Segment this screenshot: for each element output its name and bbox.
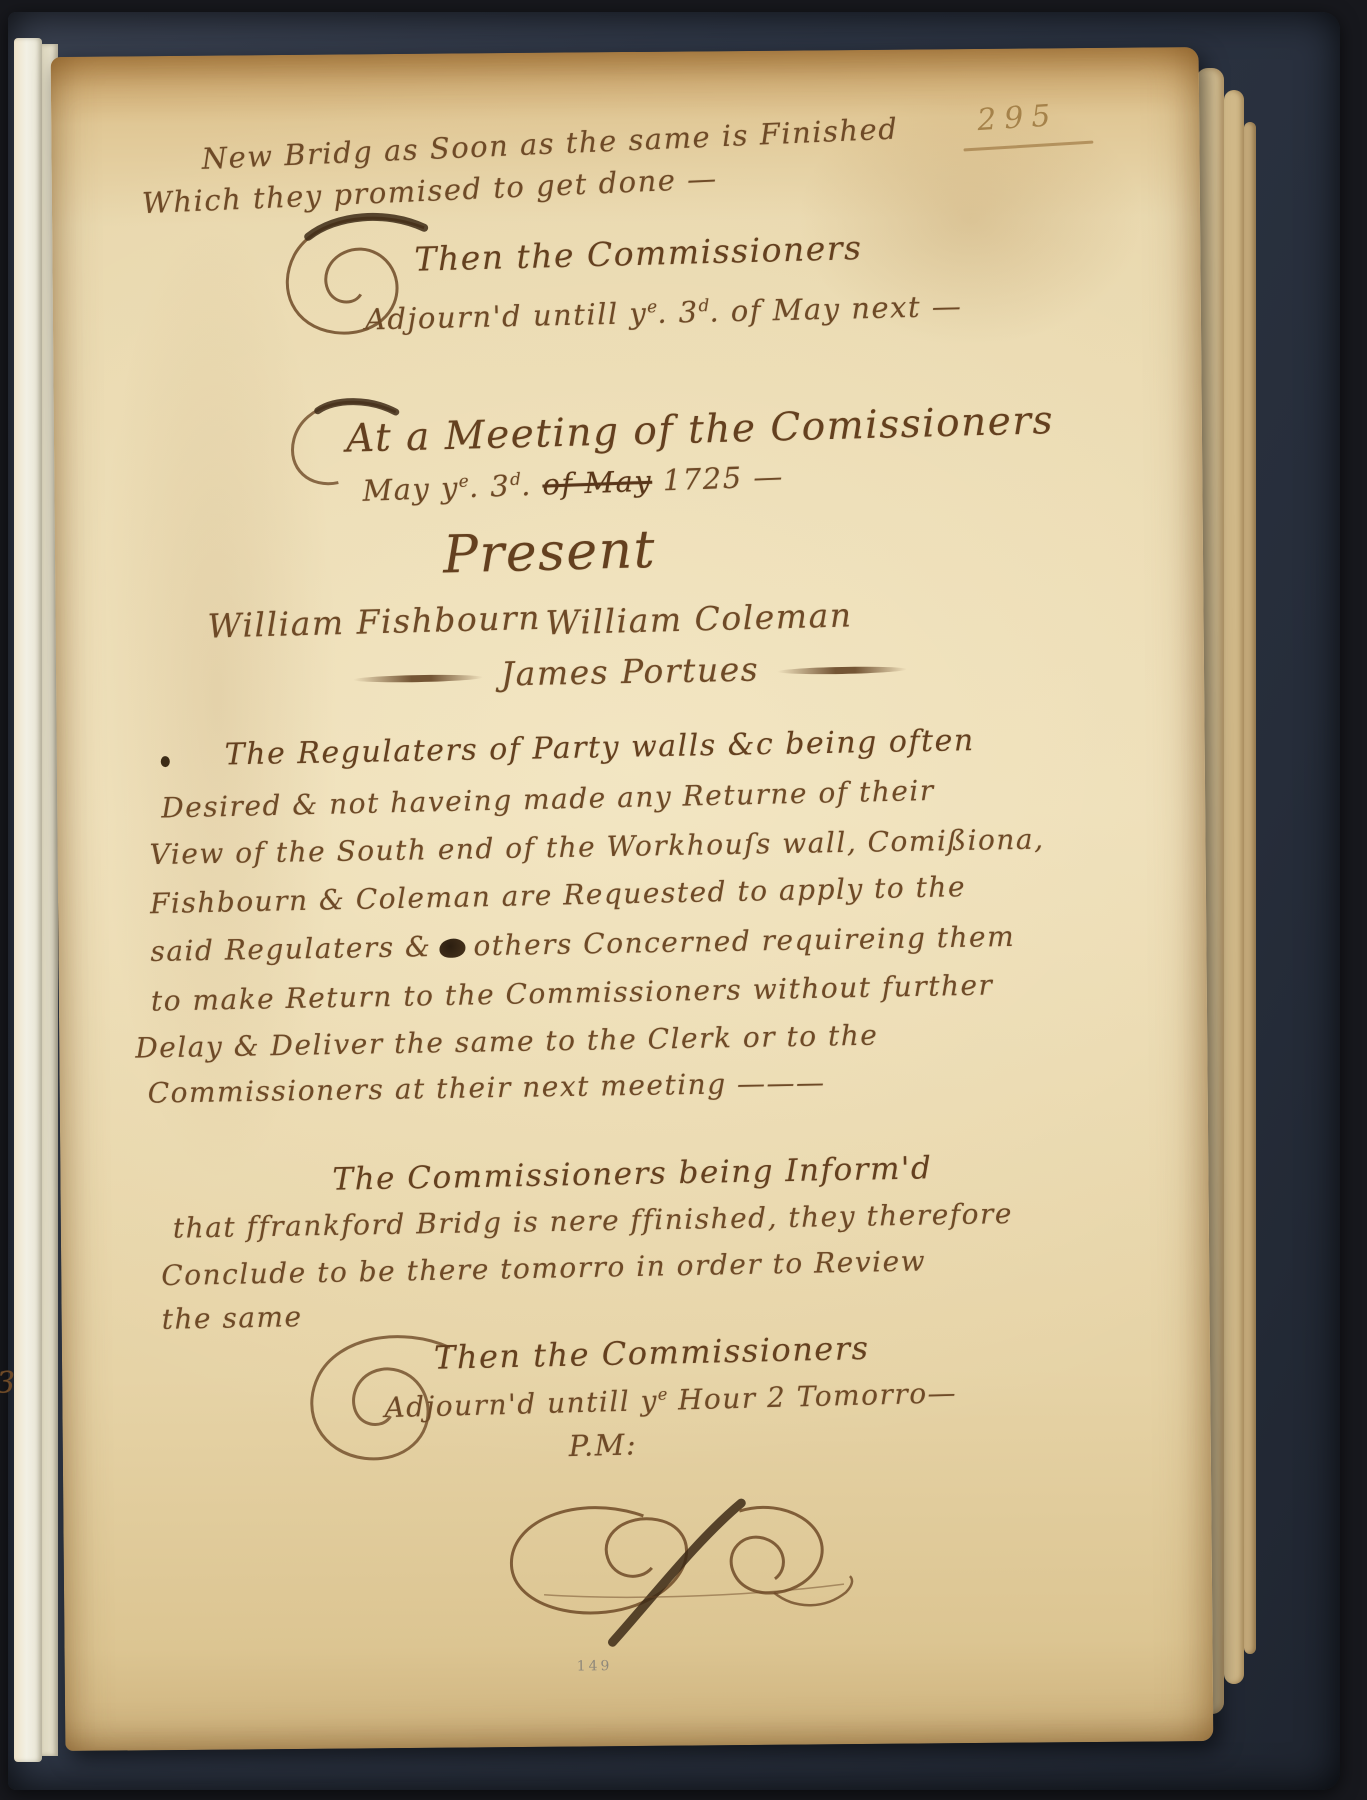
margin-ink-fragment: 3 (0, 1366, 17, 1401)
attendee-james-portues-row: James Portues (56, 641, 1205, 702)
minute2-line-1: The Commissioners being Inform'd (332, 1150, 933, 1198)
minute2-line-2: that ffrankford Bridg is nere ffinished,… (173, 1197, 1014, 1245)
minute1-line-5: said Regulaters &others Concerned requir… (150, 920, 1015, 968)
photographed-manuscript-scene: { "folio": { "number": "295", "pencil_nu… (0, 0, 1367, 1800)
minute1-line-8: Commissioners at their next meeting ——— (147, 1066, 825, 1110)
meeting-date-year: 1725 — (652, 459, 785, 498)
attendee-william-fishbourn: William Fishbourn (207, 598, 541, 646)
meeting-heading: At a Meeting of the Comissioners (345, 398, 1054, 462)
meeting-date-text-c: . (520, 468, 532, 502)
meeting-date-text-a: May y (362, 470, 460, 507)
present-title: Present (442, 520, 656, 586)
minute1-line-4: Fishbourn & Coleman are Requested to app… (150, 870, 967, 920)
meeting-date-struck-text: of May (542, 464, 653, 502)
minute2-line-4: the same (161, 1300, 303, 1336)
adjournment2-line2-text-b: Hour 2 Tomorro— (667, 1376, 957, 1417)
minute1-line-3: View of the South end of the Workhouſs w… (149, 822, 1044, 871)
adjournment1-line-2: Adjourn'd untill ye. 3d. of May next — (365, 289, 963, 337)
carryover-line-1: New Bridg as Soon as the same is Finishe… (201, 111, 899, 175)
facing-page-edge-outer (14, 38, 42, 1762)
minute1-line-2: Desired & not haveing made any Returne o… (161, 774, 935, 825)
attendee-james-portues: James Portues (501, 650, 760, 694)
adjournment1-line2-text-a: Adjourn'd untill y (365, 296, 648, 336)
folio-number: 295 (976, 98, 1059, 138)
adjournment1-line2-text-b: . 3 (657, 295, 699, 330)
adjournment2-line-1: Then the Commissioners (434, 1329, 870, 1377)
folio-underline (963, 141, 1093, 152)
adjournment2-line2-text-a: Adjourn'd untill y (384, 1384, 658, 1424)
adjournment1-line2-text-c: . of May next — (709, 289, 963, 329)
pencil-foliation-number: 149 (577, 1658, 613, 1674)
left-pen-dash (353, 673, 483, 682)
manuscript-page: 295 New Bridg as Soon as the same is Fin… (51, 47, 1214, 1751)
minute1-line-6: to make Return to the Commissioners with… (151, 968, 994, 1017)
minute1-line5-text-b: others Concerned requireing them (473, 920, 1015, 962)
minute2-line-3: Conclude to be there tomorro in order to… (161, 1244, 926, 1292)
minute1-line-7: Delay & Deliver the same to the Clerk or… (135, 1019, 879, 1065)
page-edge-stack-2 (1224, 90, 1244, 1684)
meeting-date-sup-d: d (510, 469, 521, 489)
minute1-line5-text-a: said Regulaters & (150, 930, 432, 968)
minute1-line-1: The Regulaters of Party walls &c being o… (224, 723, 975, 772)
page-edge-stack-3 (1244, 122, 1256, 1654)
right-pen-dash (777, 665, 907, 674)
closing-monogram-flourish (483, 1496, 864, 1659)
ink-speck (161, 756, 170, 767)
adjournment1-line-1: Then the Commissioners (414, 228, 863, 279)
meeting-date: May ye. 3d. of May 1725 — (362, 459, 784, 508)
attendee-william-coleman: William Coleman (545, 595, 853, 642)
meeting-date-text-b: . 3 (468, 469, 511, 504)
adjournment2-line-3: P.M: (568, 1427, 637, 1463)
adjournment2-line-2: Adjourn'd untill ye Hour 2 Tomorro— (384, 1376, 957, 1424)
ink-blot (439, 938, 465, 957)
